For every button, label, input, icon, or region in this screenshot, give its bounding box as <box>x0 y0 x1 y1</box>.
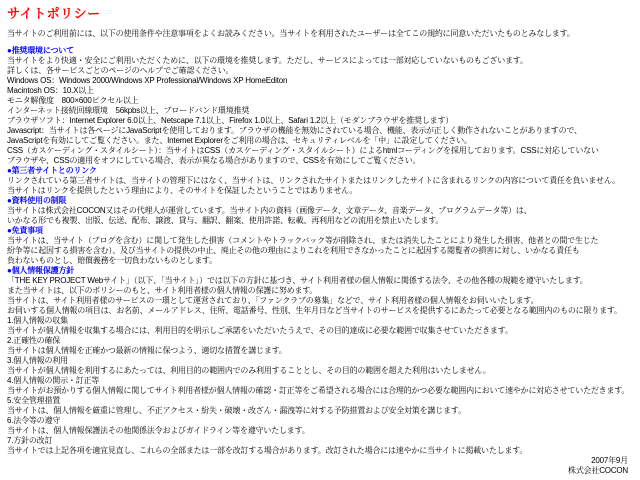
disclaimer-line: 紛争等に起因する損害を含む）、及び当サイトの提供の中止、廃止その他の理由によりこ… <box>7 246 631 256</box>
privacy-line: お伺いする個人情報の項目は、お名前、メールアドレス、住所、電話番号、性別、生年月… <box>7 306 631 316</box>
privacy-item-label: 5.安全管理措置 <box>7 396 631 406</box>
page-title: サイトポリシー <box>7 6 631 22</box>
privacy-item-text: 当サイトは、個人情報を厳重に管理し、不正アクセス・紛失・破壊・改ざん・漏洩等に対… <box>7 406 631 416</box>
section-heading-privacy-policy: ●個人情報保護方針 <box>7 266 631 276</box>
privacy-item-text: 当サイトがお預かりする個人情報に関してサイト利用者様が個人情報の確認・訂正等をご… <box>7 386 631 396</box>
privacy-line: また当サイトは、以下のポリシーのもと、サイト利用者様の個人情報の保護に努めます。 <box>7 286 631 296</box>
environment-line-javascript: JavaScriptを有効にしてご覧ください。また、Internet Explo… <box>7 136 631 146</box>
environment-line-javascript: Javascript：当サイトは各ページにJavaScriptを使用しております… <box>7 126 631 136</box>
privacy-item-label: 4.個人情報の開示・訂正等 <box>7 376 631 386</box>
environment-line-css: ブラウザや、CSSの適用をオフにしている場合、表示が異なる場合がありますので、C… <box>7 156 631 166</box>
environment-line: 詳しくは、各サービスごとのページのヘルプでご確認ください。 <box>7 66 631 76</box>
privacy-line: 「THE KEY PROJECT Webサイト」（以下、「当サイト」）では以下の… <box>7 276 631 286</box>
site-policy-page: サイトポリシー 当サイトのご利用前には、以下の使用条件や注意事項をよくお読みくだ… <box>0 0 640 480</box>
privacy-item-text: 当サイトは、個人情報保護法その他関係法令およびガイドライン等を遵守いたします。 <box>7 426 631 436</box>
section-gap <box>7 39 631 46</box>
environment-line-windows-os: Windows OS：Windows 2000/Windows XP Profe… <box>7 76 631 86</box>
environment-line-monitor: モニタ解像度 800×600ピクセル以上 <box>7 96 631 106</box>
environment-line-css: CSS（カスケーディング・スタイルシート）：当サイトはCSS（カスケーディング・… <box>7 146 631 156</box>
environment-line-connection: インターネット接続回線環境 56kpbs以上、ブロードバンド環境推奨 <box>7 106 631 116</box>
section-heading-material-use: ●資料使用の制限 <box>7 196 631 206</box>
privacy-item-text: 当サイトが個人情報を収集する場合には、利用目的を明示しご承諾をいただいたうえで、… <box>7 326 631 336</box>
privacy-item-label: 3.個人情報の利用 <box>7 356 631 366</box>
material-use-line: 当サイトは株式会社COCON又はその代理人が運営しています。当サイト内の資料（画… <box>7 206 631 216</box>
environment-line-macintosh-os: Macintosh OS：10.X以上 <box>7 86 631 96</box>
privacy-item-text: 当サイトでは上記各項を適宜見直し、これらの全部または一部を改訂する場合があります… <box>7 446 631 456</box>
privacy-item-label: 1.個人情報の収集 <box>7 316 631 326</box>
intro-text: 当サイトのご利用前には、以下の使用条件や注意事項をよくお読みください。当サイトを… <box>7 29 631 39</box>
third-party-links-line: 当サイトはリンクを提供したという理由により、そのサイトを保証したということではあ… <box>7 186 631 196</box>
privacy-item-label: 6.法令等の遵守 <box>7 416 631 426</box>
environment-line: 当サイトをより快適・安全にご利用いただくために、以下の環境を推奨します。ただし、… <box>7 56 631 66</box>
privacy-item-text: 当サイトは個人情報を正確かつ最新の情報に保つよう、適切な措置を講じます。 <box>7 346 631 356</box>
privacy-item-label: 7.方針の改訂 <box>7 436 631 446</box>
section-heading-third-party-links: ●第三者サイトとのリンク <box>7 166 631 176</box>
section-heading-environment: ●推奨環境について <box>7 46 631 56</box>
privacy-item-text: 当サイトが個人情報を利用するにあたっては、利用目的の範囲内でのみ利用することとし… <box>7 366 631 376</box>
policy-date: 2007年9月 <box>7 456 631 466</box>
environment-line-browsers: ブラウザソフト：Internet Explorer 6.0以上、Netscape… <box>7 116 631 126</box>
privacy-line: 当サイトは、サイト利用者様のサービスの一環として運営されており、「ファンクラブの… <box>7 296 631 306</box>
disclaimer-line: 当サイトは、当サイト（ブログを含む）に関して発生した損害（コメントやトラックバッ… <box>7 236 631 246</box>
privacy-item-label: 2.正確性の確保 <box>7 336 631 346</box>
company-name: 株式会社COCON <box>7 466 631 476</box>
material-use-line: いかなる形でも複製、出版、伝送、配布、譲渡、貸与、翻訳、翻案、使用許諾、転載、再… <box>7 216 631 226</box>
section-heading-disclaimer: ●免責事項 <box>7 226 631 236</box>
third-party-links-line: リンクされている第三者サイトは、当サイトの管理下にはなく、当サイトは、リンクされ… <box>7 176 631 186</box>
disclaimer-line: 負わないものとし、賠償義務を一切負わないものとします。 <box>7 256 631 266</box>
